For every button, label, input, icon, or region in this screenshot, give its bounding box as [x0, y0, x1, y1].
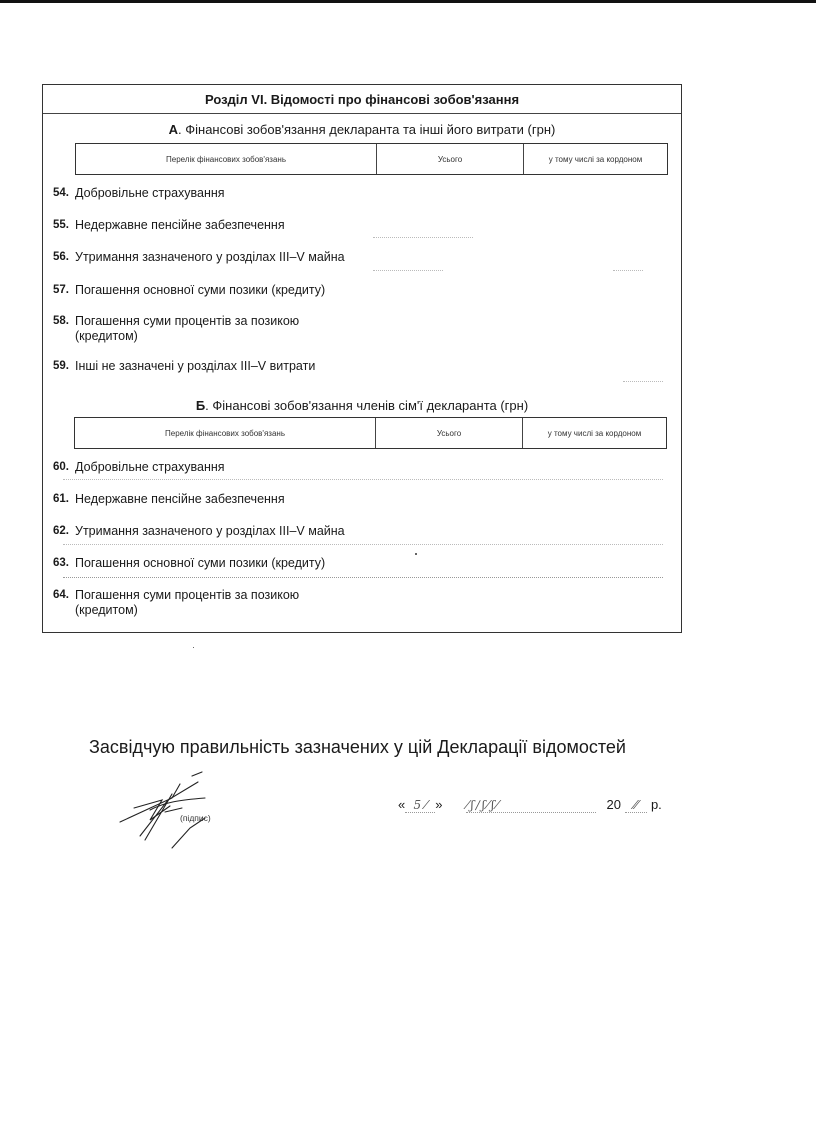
- row-number: 57.: [53, 283, 75, 298]
- dotted-line: [63, 544, 663, 545]
- section-title: Розділ VI. Відомості про фінансові зобов…: [43, 85, 681, 114]
- part-b-row-64: 64. Погашення суми процентів за позикою …: [53, 588, 335, 618]
- section-vi-form: Розділ VI. Відомості про фінансові зобов…: [42, 84, 682, 633]
- dotted-line: [613, 270, 643, 271]
- part-b-heading-text: . Фінансові зобов'язання членів сім'ї де…: [205, 398, 528, 413]
- date-month: ⁄ʃ∕ʃ⁄ʃ⁄: [466, 798, 596, 813]
- part-a-row-56: 56. Утримання зазначеного у розділах III…: [53, 250, 395, 265]
- part-a-column-headers: Перелік фінансових зобов'язань Усього у …: [75, 143, 668, 175]
- row-number: 61.: [53, 492, 75, 507]
- row-number: 58.: [53, 314, 75, 344]
- date-line: « 5 ⁄ » ⁄ʃ∕ʃ⁄ʃ⁄ 20 ⁄⁄ р.: [398, 797, 662, 813]
- part-b-row-63: 63. Погашення основної суми позики (кред…: [53, 556, 395, 571]
- column-header-total: Усього: [377, 144, 524, 174]
- part-b-row-62: 62. Утримання зазначеного у розділах III…: [53, 524, 395, 539]
- dotted-line: [63, 479, 663, 480]
- part-a-row-58: 58. Погашення суми процентів за позикою …: [53, 314, 335, 344]
- date-day: 5 ⁄: [405, 798, 435, 813]
- date-suffix: р.: [651, 797, 662, 812]
- column-header-abroad: у тому числі за кордоном: [524, 144, 667, 174]
- scan-speck: [415, 553, 417, 555]
- column-header-list: Перелік фінансових зобов'язань: [75, 418, 376, 448]
- part-b-heading: Б. Фінансові зобов'язання членів сім'ї д…: [43, 398, 681, 413]
- part-a-row-54: 54. Добровільне страхування: [53, 186, 365, 201]
- dotted-line: [373, 237, 473, 238]
- date-year-suffix: ⁄⁄: [625, 798, 647, 813]
- date-open-quote: «: [398, 797, 405, 812]
- part-b-row-61: 61. Недержавне пенсійне забезпечення: [53, 492, 365, 507]
- row-label: Недержавне пенсійне забезпечення: [75, 492, 365, 507]
- part-b-row-60: 60. Добровільне страхування: [53, 460, 365, 475]
- part-a-heading-text: . Фінансові зобов'язання декларанта та і…: [178, 122, 555, 137]
- date-close-quote: »: [435, 797, 442, 812]
- signature-label: (підпис): [180, 813, 211, 823]
- dotted-line: [623, 381, 663, 382]
- dotted-line: [373, 270, 443, 271]
- row-label: Недержавне пенсійне забезпечення: [75, 218, 365, 233]
- row-label: Утримання зазначеного у розділах III–V м…: [75, 250, 395, 265]
- dotted-line: [63, 577, 663, 578]
- column-header-list: Перелік фінансових зобов'язань: [76, 144, 377, 174]
- part-a-row-57: 57. Погашення основної суми позики (кред…: [53, 283, 395, 298]
- row-number: 62.: [53, 524, 75, 539]
- part-b-letter: Б: [196, 398, 205, 413]
- part-a-row-59: 59. Інші не зазначені у розділах III–V в…: [53, 359, 395, 374]
- part-a-heading: А. Фінансові зобов'язання декларанта та …: [43, 122, 681, 137]
- row-number: 54.: [53, 186, 75, 201]
- row-number: 55.: [53, 218, 75, 233]
- scan-speck: [193, 647, 194, 648]
- row-label: Добровільне страхування: [75, 186, 365, 201]
- row-label: Утримання зазначеного у розділах III–V м…: [75, 524, 395, 539]
- row-number: 60.: [53, 460, 75, 475]
- part-a-letter: А: [169, 122, 178, 137]
- part-b-column-headers: Перелік фінансових зобов'язань Усього у …: [74, 417, 667, 449]
- date-year-prefix: 20: [606, 797, 620, 812]
- row-number: 64.: [53, 588, 75, 618]
- row-label: Добровільне страхування: [75, 460, 365, 475]
- page-top-edge: [0, 0, 816, 3]
- row-label: Погашення суми процентів за позикою (кре…: [75, 588, 335, 618]
- row-label: Погашення основної суми позики (кредиту): [75, 283, 395, 298]
- row-number: 56.: [53, 250, 75, 265]
- column-header-abroad: у тому числі за кордоном: [523, 418, 666, 448]
- row-label: Погашення основної суми позики (кредиту): [75, 556, 395, 571]
- row-label: Погашення суми процентів за позикою (кре…: [75, 314, 335, 344]
- row-number: 63.: [53, 556, 75, 571]
- certification-statement: Засвідчую правильність зазначених у цій …: [89, 737, 626, 758]
- column-header-total: Усього: [376, 418, 523, 448]
- part-a-row-55: 55. Недержавне пенсійне забезпечення: [53, 218, 365, 233]
- row-number: 59.: [53, 359, 75, 374]
- row-label: Інші не зазначені у розділах III–V витра…: [75, 359, 395, 374]
